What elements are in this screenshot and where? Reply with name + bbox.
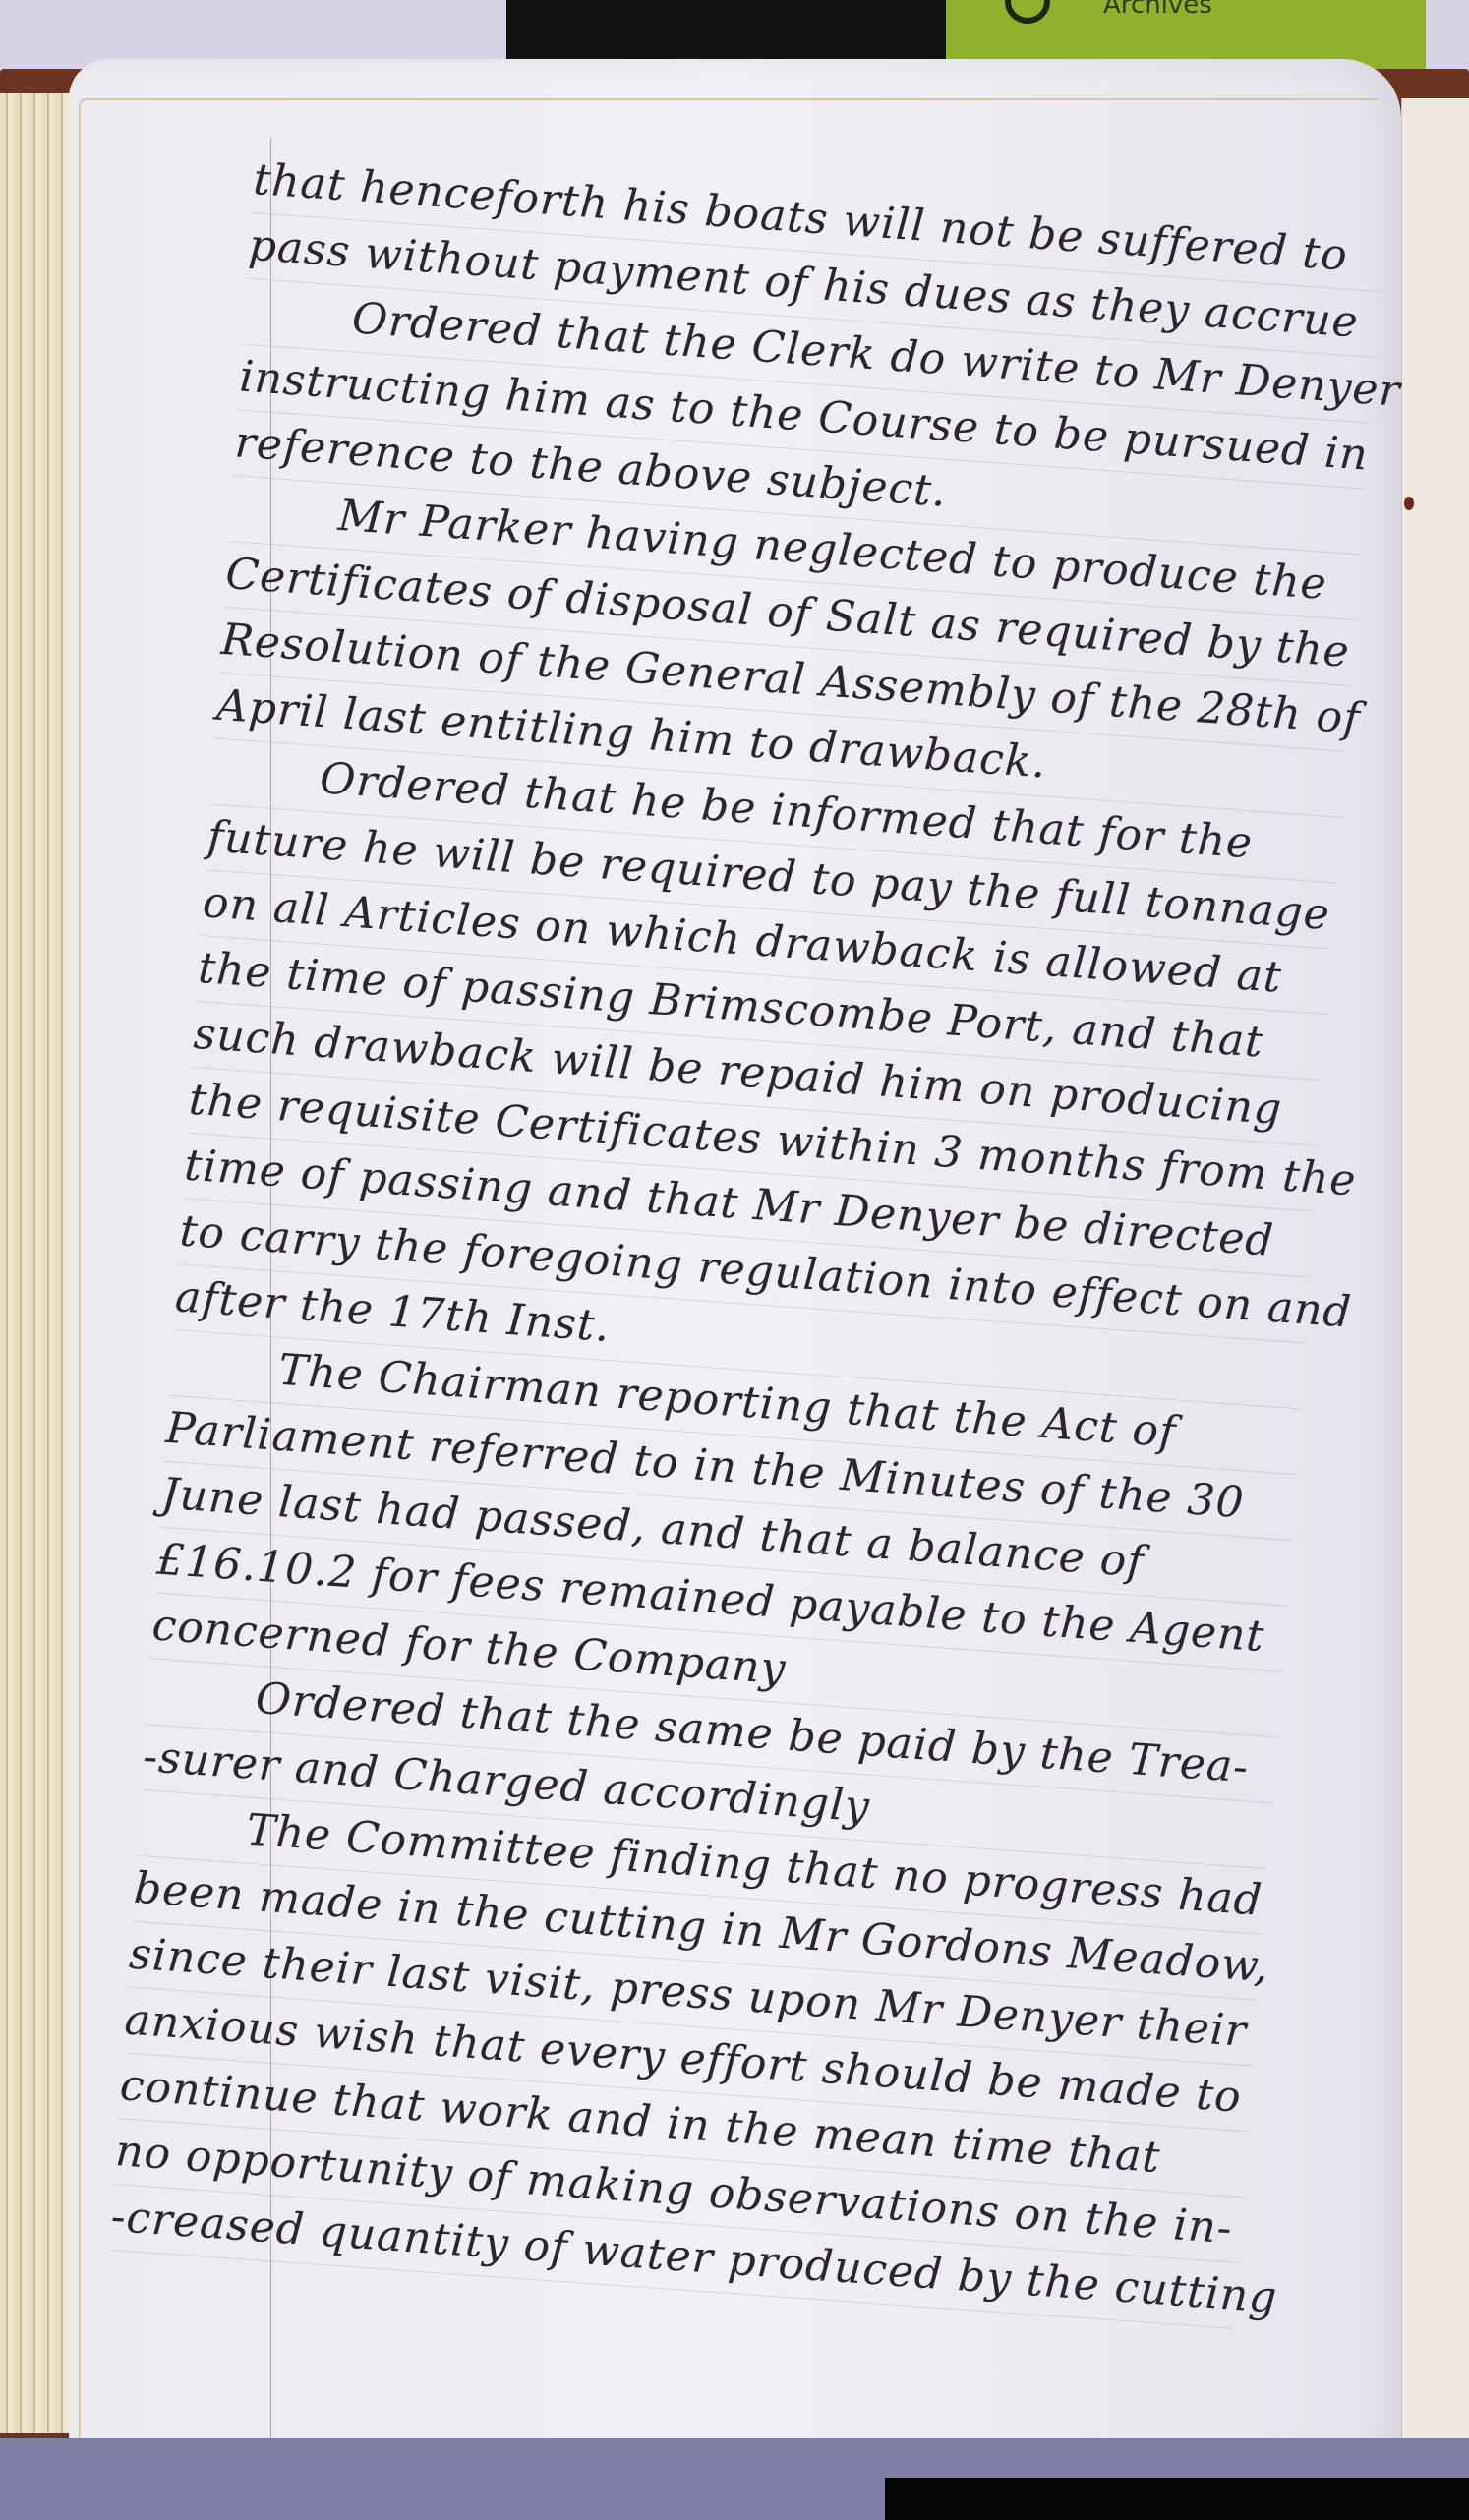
shadow-region: [885, 2478, 1469, 2520]
page-edges: [0, 93, 74, 2433]
archives-logo-icon: [1005, 0, 1050, 24]
handwritten-text: that henceforth his boats will not be su…: [108, 147, 1383, 2329]
facing-page: [1401, 98, 1469, 2478]
archives-label-text: Archives: [1103, 0, 1212, 20]
ink-stain: [1404, 497, 1414, 510]
